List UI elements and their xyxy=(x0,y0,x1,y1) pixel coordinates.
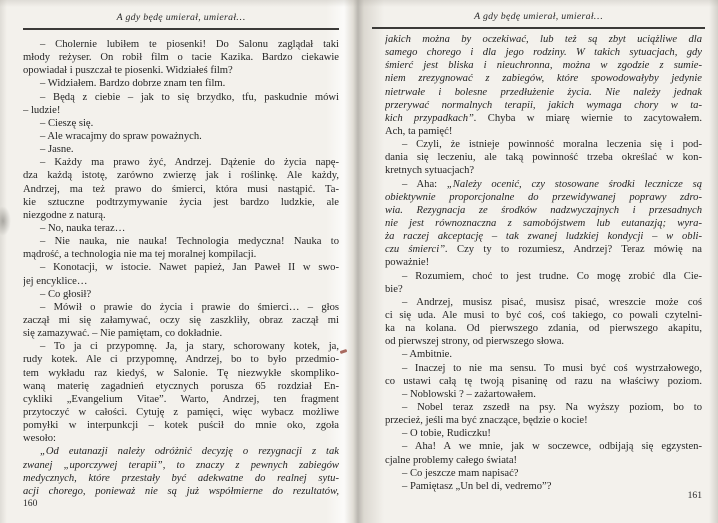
text-line: – Co jeszcze mam napisać? xyxy=(385,467,702,480)
text-line: – Rozumiem, choć to jest trudne. Co mogę… xyxy=(385,270,702,283)
scan-smudge xyxy=(0,206,11,236)
text-line: obiektywnie proporcjonalne do przewidywa… xyxy=(385,191,702,204)
text-segment: – Co jeszcze mam napisać? xyxy=(402,468,518,479)
text-segment: – Jasne. xyxy=(40,144,74,155)
text-segment: – To ja ci przypomnę. Ja, ja stary, scho… xyxy=(40,341,339,352)
text-line: śmierć jest bliska i nieuchronna, można … xyxy=(385,59,702,72)
italic-text-segment: nietrwałe i bolesne przedłużenie życia. … xyxy=(385,87,702,98)
italic-text-segment: „Od eutanazji należy odróżnić decyzję o … xyxy=(40,446,339,457)
left-page-text: – Cholernie lubiłem te piosenki! Do Salo… xyxy=(23,38,339,498)
text-line: Ach, ta pamięć! xyxy=(385,125,702,138)
text-segment: – Nobel teraz zszedł na psy. Na wyższy p… xyxy=(402,402,702,413)
text-line: – Aha: „Należy ocenić, czy stosowane śro… xyxy=(385,178,702,191)
text-segment: – Noblowski ? – zażartowałem. xyxy=(402,389,536,400)
text-segment: dza każdą istotę, zarówno zwierzę jak i … xyxy=(23,170,339,181)
text-segment: co ustawi całą tę twoją pisaninę od razu… xyxy=(385,376,702,387)
text-segment: młody reżyser. On robił film o tacie Kaz… xyxy=(23,52,339,63)
text-line: – Aha! A we mnie, jak w soczewce, odbija… xyxy=(385,440,702,453)
text-segment: – Widziałem. Bardzo dobrze znam ten film… xyxy=(40,78,225,89)
text-line: niezgodne z naturą. xyxy=(23,209,339,222)
text-line: wia. Rezygnacja ze środków nadzwyczajnyc… xyxy=(385,204,702,217)
text-line: zwanej „uporczywej terapii”, to znaczy z… xyxy=(23,459,339,472)
text-segment: – Nie nauka, nie nauka! Technologia medy… xyxy=(40,236,339,247)
text-line: – Cieszę się. xyxy=(23,117,339,130)
italic-text-segment: niem zrezygnować z zabiegów, które spowo… xyxy=(385,73,702,84)
text-line: acji chorego, ponieważ nie są już współm… xyxy=(23,485,339,498)
text-line: – ludzie! xyxy=(23,104,339,117)
running-header-right: A gdy będę umierał, umierał… xyxy=(372,11,705,22)
text-segment: pomyłki w interpunkcji – kotek puścił do… xyxy=(23,420,339,431)
text-segment: tem wykładu raz kiedyś, w Salonie. Tę ni… xyxy=(23,368,339,379)
text-segment: ci się uda. Ale musi to być coś, coś tak… xyxy=(385,310,702,321)
text-line: – Inaczej to nie ma sensu. To musi być c… xyxy=(385,362,702,375)
text-segment: – Andrzej, musisz pisać, musisz pisać, w… xyxy=(402,297,702,308)
text-line: co ustawi całą tę twoją pisaninę od razu… xyxy=(385,375,702,388)
text-line: – Noblowski ? – zażartowałem. xyxy=(385,388,702,401)
italic-text-segment: przerywać normalnych terapii, jakich wym… xyxy=(385,100,702,111)
text-line: opowiadał i puszczał te piosenki. Widzia… xyxy=(23,64,339,77)
text-line: – Mówił o prawie do życia i prawie do śm… xyxy=(23,301,339,314)
text-segment: od pierwszej strony, od pierwszego słowa… xyxy=(385,336,564,347)
text-line: ża raczej akceptację – tak zwanej ludzki… xyxy=(385,230,702,243)
text-segment: – Czyli, że istnieje powinność moralna l… xyxy=(402,139,702,150)
header-rule-left xyxy=(23,28,339,30)
text-segment: wesoło: xyxy=(23,433,56,444)
text-line: pomyłki w interpunkcji – kotek puścił do… xyxy=(23,419,339,432)
text-line: ka na kolana. Od pierwszego zdania, od p… xyxy=(385,322,702,335)
text-line: – Nobel teraz zszedł na psy. Na wyższy p… xyxy=(385,401,702,414)
text-line: dania się leczeniu, ale taką powinność t… xyxy=(385,151,702,164)
text-segment: poważnie! xyxy=(385,257,429,268)
text-segment: Chyba w miarę wiernie to zacytowałem. xyxy=(477,113,702,124)
text-line: – Ambitnie. xyxy=(385,348,702,361)
text-segment: – Aha! A we mnie, jak w soczewce, odbija… xyxy=(402,441,702,452)
text-line: od pierwszej strony, od pierwszego słowa… xyxy=(385,335,702,348)
text-segment: dania się leczeniu, ale taką powinność t… xyxy=(385,152,702,163)
italic-text-segment: acji chorego, ponieważ nie są już współm… xyxy=(23,486,339,497)
header-rule-right xyxy=(372,27,705,29)
right-page-text: jakich można by oczekiwać, lub też są zb… xyxy=(385,33,702,493)
italic-text-segment: obiektywnie proporcjonalne do przewidywa… xyxy=(385,192,702,203)
page-number-right: 161 xyxy=(385,490,702,501)
text-line: jakich można by oczekiwać, lub też są zb… xyxy=(385,33,702,46)
text-line: – No, nauka teraz… xyxy=(23,222,339,235)
text-line: bie? xyxy=(385,283,702,296)
text-line: przytoczyć w całości. Cytuję z pamięci, … xyxy=(23,406,339,419)
text-line: – Cholernie lubiłem te piosenki! Do Salo… xyxy=(23,38,339,51)
text-segment: bie? xyxy=(385,284,403,295)
italic-text-segment: nie jest równoznaczna z samobójstwem lub… xyxy=(385,218,702,229)
text-segment: się zamazywać. – Nie pamiętam, co dokład… xyxy=(23,328,222,339)
text-line: mądrość, a technologia nie ma tej moraln… xyxy=(23,248,339,261)
text-line: nietrwałe i bolesne przedłużenie życia. … xyxy=(385,86,702,99)
text-line: tem wykładu raz kiedyś, w Salonie. Tę ni… xyxy=(23,367,339,380)
text-line: samego chorego i dla jego rodziny. W tak… xyxy=(385,46,702,59)
text-segment: mądrość, a technologia nie ma tej moraln… xyxy=(23,249,256,260)
text-segment: – Będą z ciebie – jak to się brzydko, tf… xyxy=(40,92,339,103)
text-line: kie sztuczne podtrzymywanie życia jest b… xyxy=(23,196,339,209)
text-segment: – Cieszę się. xyxy=(40,118,93,129)
text-segment: – Cholernie lubiłem te piosenki! Do Salo… xyxy=(40,39,339,50)
text-segment: jej encyklice… xyxy=(23,276,87,287)
text-line: wesoło: xyxy=(23,432,339,445)
italic-text-segment: ża raczej akceptację – tak zwanej ludzki… xyxy=(385,231,702,242)
text-segment: opowiadał i puszczał te piosenki. Widzia… xyxy=(23,65,233,76)
italic-text-segment: czu śmierci”. xyxy=(385,244,448,255)
text-line: – O tobie, Rudiczku! xyxy=(385,427,702,440)
text-segment: – No, nauka teraz… xyxy=(40,223,125,234)
italic-text-segment: zwanej „uporczywej terapii”, to znaczy z… xyxy=(23,460,339,471)
text-segment: – Rozumiem, choć to jest trudne. Co mogę… xyxy=(402,271,702,282)
page-number-left: 160 xyxy=(23,498,37,509)
text-segment: – O tobie, Rudiczku! xyxy=(402,428,491,439)
text-line: – Andrzej, musisz pisać, musisz pisać, w… xyxy=(385,296,702,309)
text-line: zaczął mi się załamywać, oczy się zaszkl… xyxy=(23,314,339,327)
text-line: cjalne problemy całego świata! xyxy=(385,454,702,467)
text-line: poważnie! xyxy=(385,256,702,269)
italic-text-segment: samego chorego i dla jego rodziny. W tak… xyxy=(385,47,702,58)
italic-text-segment: kich przypadkach”. xyxy=(385,113,477,124)
text-segment: Ach, ta pamięć! xyxy=(385,126,452,137)
text-segment: zaczął mi się załamywać, oczy się zaszkl… xyxy=(23,315,339,326)
italic-text-segment: jakich można by oczekiwać, lub też są zb… xyxy=(385,34,702,45)
text-segment: waną materię zagadnień etycznych porusza… xyxy=(23,381,339,392)
text-line: Andrzej, ma też prawo do śmierci, która … xyxy=(23,183,339,196)
italic-text-segment: śmierć jest bliska i nieuchronna, można … xyxy=(385,60,702,71)
text-segment: Czy ty to rozumiesz, Andrzej? Teraz mówi… xyxy=(448,244,702,255)
italic-text-segment: „Należy ocenić, czy stosowane środki lec… xyxy=(447,179,702,190)
text-line: nie jest równoznaczna z samobójstwem lub… xyxy=(385,217,702,230)
text-segment: Andrzej, ma też prawo do śmierci, która … xyxy=(23,184,339,195)
text-line: ci się uda. Ale musi to być coś, coś tak… xyxy=(385,309,702,322)
text-segment: niezgodne z naturą. xyxy=(23,210,106,221)
text-line: „Od eutanazji należy odróżnić decyzję o … xyxy=(23,445,339,458)
text-segment: – Ale wracajmy do spraw poważnych. xyxy=(40,131,202,142)
text-line: przerywać normalnych terapii, jakich wym… xyxy=(385,99,702,112)
text-segment: rudy kotek. Ale ci przypomnę, Andrzej, b… xyxy=(23,354,339,365)
text-line: jej encyklice… xyxy=(23,275,339,288)
text-line: – Nie nauka, nie nauka! Technologia medy… xyxy=(23,235,339,248)
text-segment: – Każdy ma prawo żyć, Andrzej. Dążenie d… xyxy=(40,157,339,168)
text-line: – Co głosił? xyxy=(23,288,339,301)
text-line: – Ale wracajmy do spraw poważnych. xyxy=(23,130,339,143)
text-line: – Czyli, że istnieje powinność moralna l… xyxy=(385,138,702,151)
text-line: – Konotacji, w istocie. Nawet papież, Ja… xyxy=(23,261,339,274)
text-line: – Widziałem. Bardzo dobrze znam ten film… xyxy=(23,77,339,90)
text-line: przecież, jeśli ma być znaczące, będzie … xyxy=(385,414,702,427)
text-segment: – Co głosił? xyxy=(40,289,91,300)
text-line: – Będą z ciebie – jak to się brzydko, tf… xyxy=(23,91,339,104)
text-segment: przytoczyć w całości. Cytuję z pamięci, … xyxy=(23,407,339,418)
text-line: – Każdy ma prawo żyć, Andrzej. Dążenie d… xyxy=(23,156,339,169)
book-spread: A gdy będę umierał, umierał… A gdy będę … xyxy=(0,0,718,523)
text-segment: przecież, jeśli ma być znaczące, będzie … xyxy=(385,415,588,426)
text-line: – To ja ci przypomnę. Ja, ja stary, scho… xyxy=(23,340,339,353)
text-segment: kretnych sytuacjach? xyxy=(385,165,474,176)
text-segment: kie sztuczne podtrzymywanie życia jest b… xyxy=(23,197,339,208)
text-line: kretnych sytuacjach? xyxy=(385,164,702,177)
text-line: czu śmierci”. Czy ty to rozumiesz, Andrz… xyxy=(385,243,702,256)
text-line: waną materię zagadnień etycznych porusza… xyxy=(23,380,339,393)
text-segment: – Inaczej to nie ma sensu. To musi być c… xyxy=(402,363,702,374)
text-segment: – Konotacji, w istocie. Nawet papież, Ja… xyxy=(40,262,339,273)
text-line: kich przypadkach”. Chyba w miarę wiernie… xyxy=(385,112,702,125)
text-segment: – Mówił o prawie do życia i prawie do śm… xyxy=(40,302,339,313)
text-segment: ka na kolana. Od pierwszego zdania, od p… xyxy=(385,323,702,334)
text-line: dza każdą istotę, zarówno zwierzę jak i … xyxy=(23,169,339,182)
text-line: młody reżyser. On robił film o tacie Kaz… xyxy=(23,51,339,64)
running-header-left: A gdy będę umierał, umierał… xyxy=(23,12,339,23)
text-line: medycznych, które przestały być adekwatn… xyxy=(23,472,339,485)
italic-text-segment: medycznych, które przestały być adekwatn… xyxy=(23,473,339,484)
pen-mark xyxy=(340,349,348,354)
text-line: rudy kotek. Ale ci przypomnę, Andrzej, b… xyxy=(23,353,339,366)
text-segment: cjalne problemy całego świata! xyxy=(385,455,517,466)
text-line: cykliki „Evangelium Vitae”. Warto, Andrz… xyxy=(23,393,339,406)
text-segment: – ludzie! xyxy=(23,105,60,116)
text-line: się zamazywać. – Nie pamiętam, co dokład… xyxy=(23,327,339,340)
text-line: niem zrezygnować z zabiegów, które spowo… xyxy=(385,72,702,85)
text-line: – Jasne. xyxy=(23,143,339,156)
text-segment: – Aha: xyxy=(402,179,447,190)
italic-text-segment: wia. Rezygnacja ze środków nadzwyczajnyc… xyxy=(385,205,702,216)
text-segment: cykliki „Evangelium Vitae”. Warto, Andrz… xyxy=(23,394,339,405)
text-segment: – Ambitnie. xyxy=(402,349,452,360)
